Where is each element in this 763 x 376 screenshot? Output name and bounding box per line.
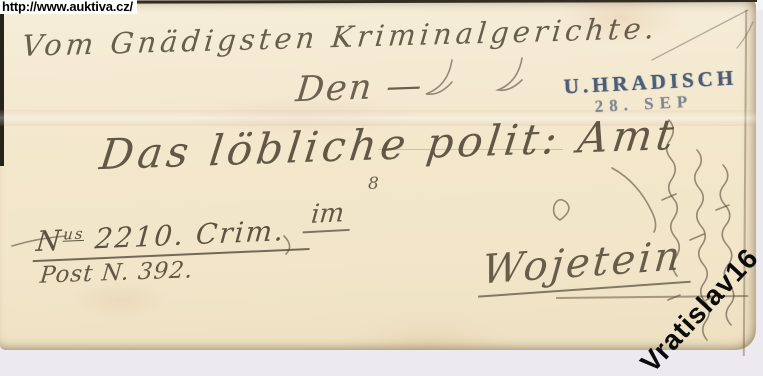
post-number-line: Post N. 392.	[39, 257, 194, 288]
registry-superscript: us	[63, 224, 86, 243]
salutation-den: Den —	[294, 66, 426, 111]
auction-url-watermark: http://www.auktiva.cz/	[0, 0, 137, 14]
registry-prefix: N	[35, 224, 64, 258]
addressee-mark: 8	[368, 174, 379, 194]
letter-left-edge	[0, 0, 4, 166]
postmark: U.HRADISCH 28. SEP	[563, 65, 739, 118]
scanned-letter-image: Vom Gnädigsten Kriminalgerichte. Den — D…	[0, 0, 763, 376]
